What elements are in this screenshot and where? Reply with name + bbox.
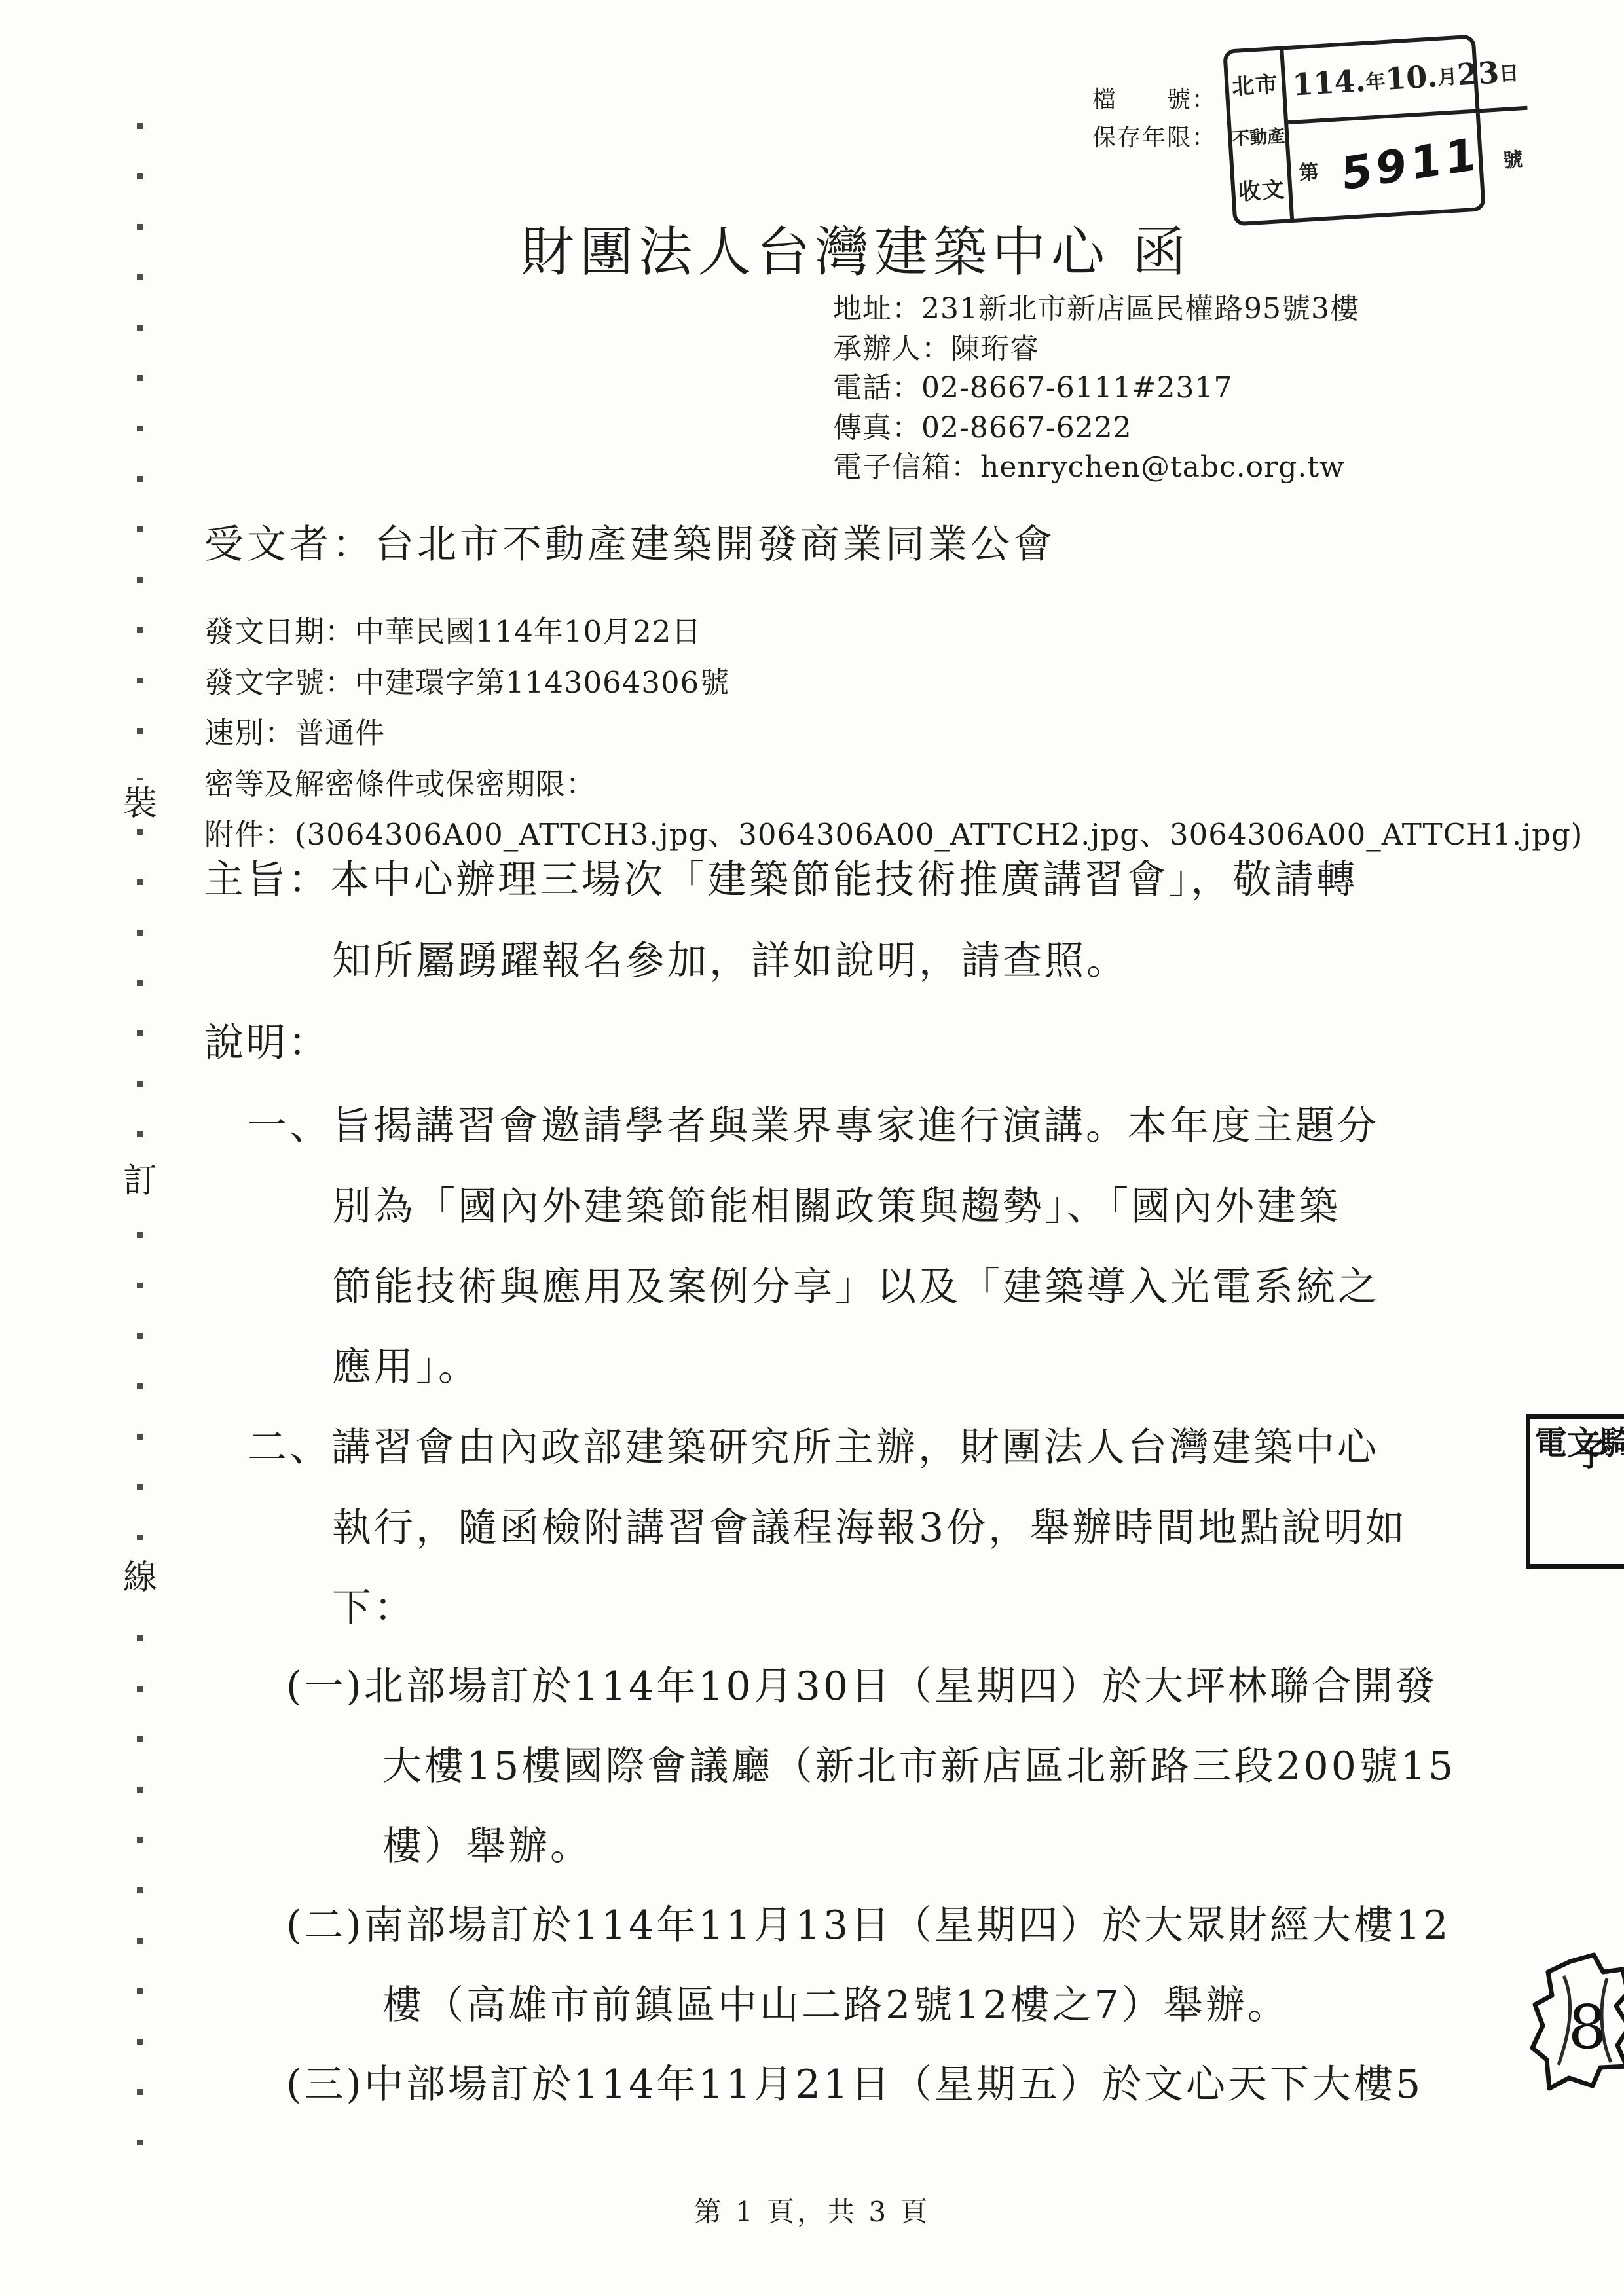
body-line: 別為「國內外建築節能相關政策與趨勢」、「國內外建築 (332, 1175, 1340, 1231)
page-footer: 第 1 頁，共 3 頁 (0, 2191, 1624, 2230)
body-line: 樓）舉辦。 (382, 1815, 592, 1871)
stamp-number-prefix: 第 (1298, 155, 1319, 185)
recipient-line: 受文者：台北市不動產建築開發商業同業公會 (204, 513, 1056, 570)
stamp-year-value: 114. (1291, 63, 1367, 103)
retention-period-label: 保存年限： (1092, 119, 1217, 157)
subject-line-1: 主旨：本中心辦理三場次「建築節能技術推廣講習會」，敬請轉 (204, 848, 1358, 905)
subject-line-2: 知所屬踴躍報名參加，詳如說明，請查照。 (332, 930, 1128, 986)
stamp-month-value: 10. (1384, 58, 1439, 97)
seal-column-partial: 子交縫 (1575, 1421, 1604, 1561)
speed-class-line: 速別：普通件 (204, 708, 1583, 759)
scanned-official-letter-page: { "archive_label": { "line1": "檔 號：", "l… (0, 0, 1624, 2296)
stamp-org-received: 收文 (1237, 171, 1286, 206)
stamp-month-unit: 月 (1437, 60, 1458, 90)
body-line: 樓（高雄市前鎮區中山二路2號12樓之7）舉辦。 (382, 1974, 1289, 2030)
sender-address: 地址：231新北市新店區民權路95號3樓 (833, 289, 1359, 329)
body-line: 應用」。 (332, 1336, 480, 1392)
document-meta-block: 發文日期：中華民國114年10月22日 發文字號：中建環字第1143064306… (204, 606, 1583, 860)
stamp-day-value: 23 (1456, 54, 1500, 92)
stamp-number-value: 5911 (1342, 128, 1481, 200)
body-line: 下： (332, 1576, 416, 1633)
received-stamp-number-row: 第 5911 號 (1288, 110, 1533, 219)
explanation-label: 說明： (204, 1011, 330, 1068)
body-line: 大樓15樓國際會議廳（新北市新店區北新路三段200號15 (382, 1735, 1456, 1791)
stamp-org-real-estate: 不動產 (1231, 122, 1285, 151)
body-line: 一、旨揭講習會邀請學者與業界專家進行演講。本年度主題分 (248, 1095, 1379, 1151)
stamp-day-unit: 日 (1498, 57, 1520, 87)
stamp-number-suffix: 號 (1502, 143, 1524, 173)
stamp-org-city: 北市 (1230, 66, 1280, 101)
handwritten-page-mark: 8 (1530, 1950, 1624, 2097)
sender-email: 電子信箱：henrychen@tabc.org.tw (833, 448, 1359, 488)
document-title: 財團法人台灣建築中心 函 (521, 210, 1191, 286)
body-line: 節能技術與應用及案例分享」以及「建築導入光電系統之 (332, 1256, 1380, 1312)
received-stamp: 北市 不動產 收文 114. 年 10. 月 23 日 第 5911 號 (1223, 34, 1486, 226)
body-line: (一)北部場訂於114年10月30日（星期四）於大坪林聯合開發 (286, 1655, 1437, 1711)
sender-phone: 電話：02-8667-6111#2317 (833, 369, 1359, 409)
page-joint-seal: 電文騎 子交縫 (1526, 1414, 1624, 1569)
sender-contact-person: 承辦人：陳珩睿 (833, 329, 1359, 369)
page-mark-number: 8 (1568, 1992, 1607, 2062)
binding-mark-xian: 線 (120, 1554, 160, 1601)
binding-mark-ding: 訂 (120, 1157, 160, 1205)
body-line: (二)南部場訂於114年11月13日（星期四）於大眾財經大樓12 (286, 1894, 1450, 1950)
sender-fax: 傳真：02-8667-6222 (833, 409, 1359, 448)
issue-date-line: 發文日期：中華民國114年10月22日 (204, 606, 1583, 657)
binding-dotted-line (137, 123, 143, 2174)
archive-number-label: 檔 號： (1092, 81, 1217, 119)
seal-partial-chars: 子交縫 (1575, 1433, 1604, 1476)
security-class-line: 密等及解密條件或保密期限： (204, 759, 1583, 810)
stamp-year-unit: 年 (1365, 65, 1386, 95)
issue-number-line: 發文字號：中建環字第1143064306號 (204, 657, 1583, 708)
body-line: 執行，隨函檢附講習會議程海報3份，舉辦時間地點說明如 (332, 1497, 1407, 1553)
sender-contact-block: 地址：231新北市新店區民權路95號3樓 承辦人：陳珩睿 電話：02-8667-… (833, 289, 1359, 488)
archive-retention-label: 檔 號： 保存年限： (1092, 81, 1217, 157)
body-line: 二、講習會由內政部建築研究所主辦，財團法人台灣建築中心 (248, 1416, 1379, 1472)
received-stamp-date-row: 114. 年 10. 月 23 日 (1283, 35, 1527, 124)
binding-mark-zhuang: 裝 (120, 780, 160, 828)
body-line: (三)中部場訂於114年11月21日（星期五）於文心天下大樓5 (286, 2053, 1423, 2109)
received-stamp-org-column: 北市 不動產 收文 (1227, 50, 1294, 222)
seal-column-main: 電文騎 (1534, 1421, 1572, 1561)
